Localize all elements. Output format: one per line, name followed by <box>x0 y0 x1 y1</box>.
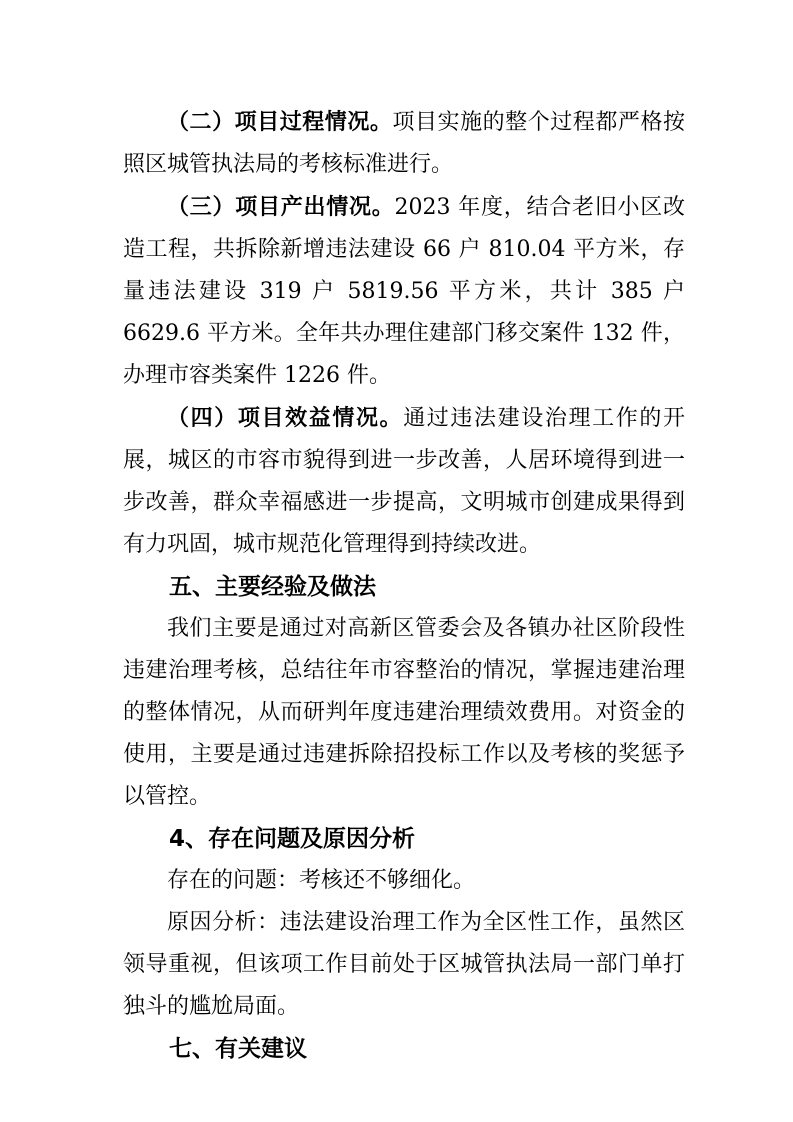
paragraph-existing-problem-text: 存在的问题：考核还不够细化。 <box>167 868 475 893</box>
paragraph-project-output: （三）项目产出情况。2023 年度，结合老旧小区改造工程，共拆除新增违法建设 6… <box>123 186 685 397</box>
paragraph-cause-analysis-text: 原因分析：违法建设治理工作为全区性工作，虽然区领导重视，但该项工作目前处于区城管… <box>123 910 685 1019</box>
paragraph-project-benefit-lead: （四）项目效益情况。 <box>167 405 403 431</box>
paragraph-experience-detail: 我们主要是通过对高新区管委会及各镇办社区阶段性违建治理考核，总结往年市容整治的情… <box>123 608 685 818</box>
document-page: （二）项目过程情况。项目实施的整个过程都严格按照区城管执法局的考核标准进行。 （… <box>0 0 793 1122</box>
paragraph-project-process: （二）项目过程情况。项目实施的整个过程都严格按照区城管执法局的考核标准进行。 <box>123 101 685 186</box>
document-content: （二）项目过程情况。项目实施的整个过程都严格按照区城管执法局的考核标准进行。 （… <box>123 101 685 1070</box>
paragraph-project-benefit: （四）项目效益情况。通过违法建设治理工作的开展，城区的市容市貌得到进一步改善，人… <box>123 397 685 566</box>
heading-main-experience: 五、主要经验及做法 <box>123 566 685 608</box>
paragraph-project-process-lead: （二）项目过程情况。 <box>167 109 392 135</box>
paragraph-experience-detail-text: 我们主要是通过对高新区管委会及各镇办社区阶段性违建治理考核，总结往年市容整治的情… <box>123 616 685 809</box>
paragraph-existing-problem: 存在的问题：考核还不够细化。 <box>123 860 685 902</box>
heading-problems-analysis: 4、存在问题及原因分析 <box>123 818 685 860</box>
heading-suggestions: 七、有关建议 <box>123 1028 685 1070</box>
paragraph-cause-analysis: 原因分析：违法建设治理工作为全区性工作，虽然区领导重视，但该项工作目前处于区城管… <box>123 902 685 1028</box>
paragraph-project-output-text: 2023 年度，结合老旧小区改造工程，共拆除新增违法建设 66 户 810.04… <box>123 195 685 388</box>
paragraph-project-output-lead: （三）项目产出情况。 <box>167 194 395 220</box>
